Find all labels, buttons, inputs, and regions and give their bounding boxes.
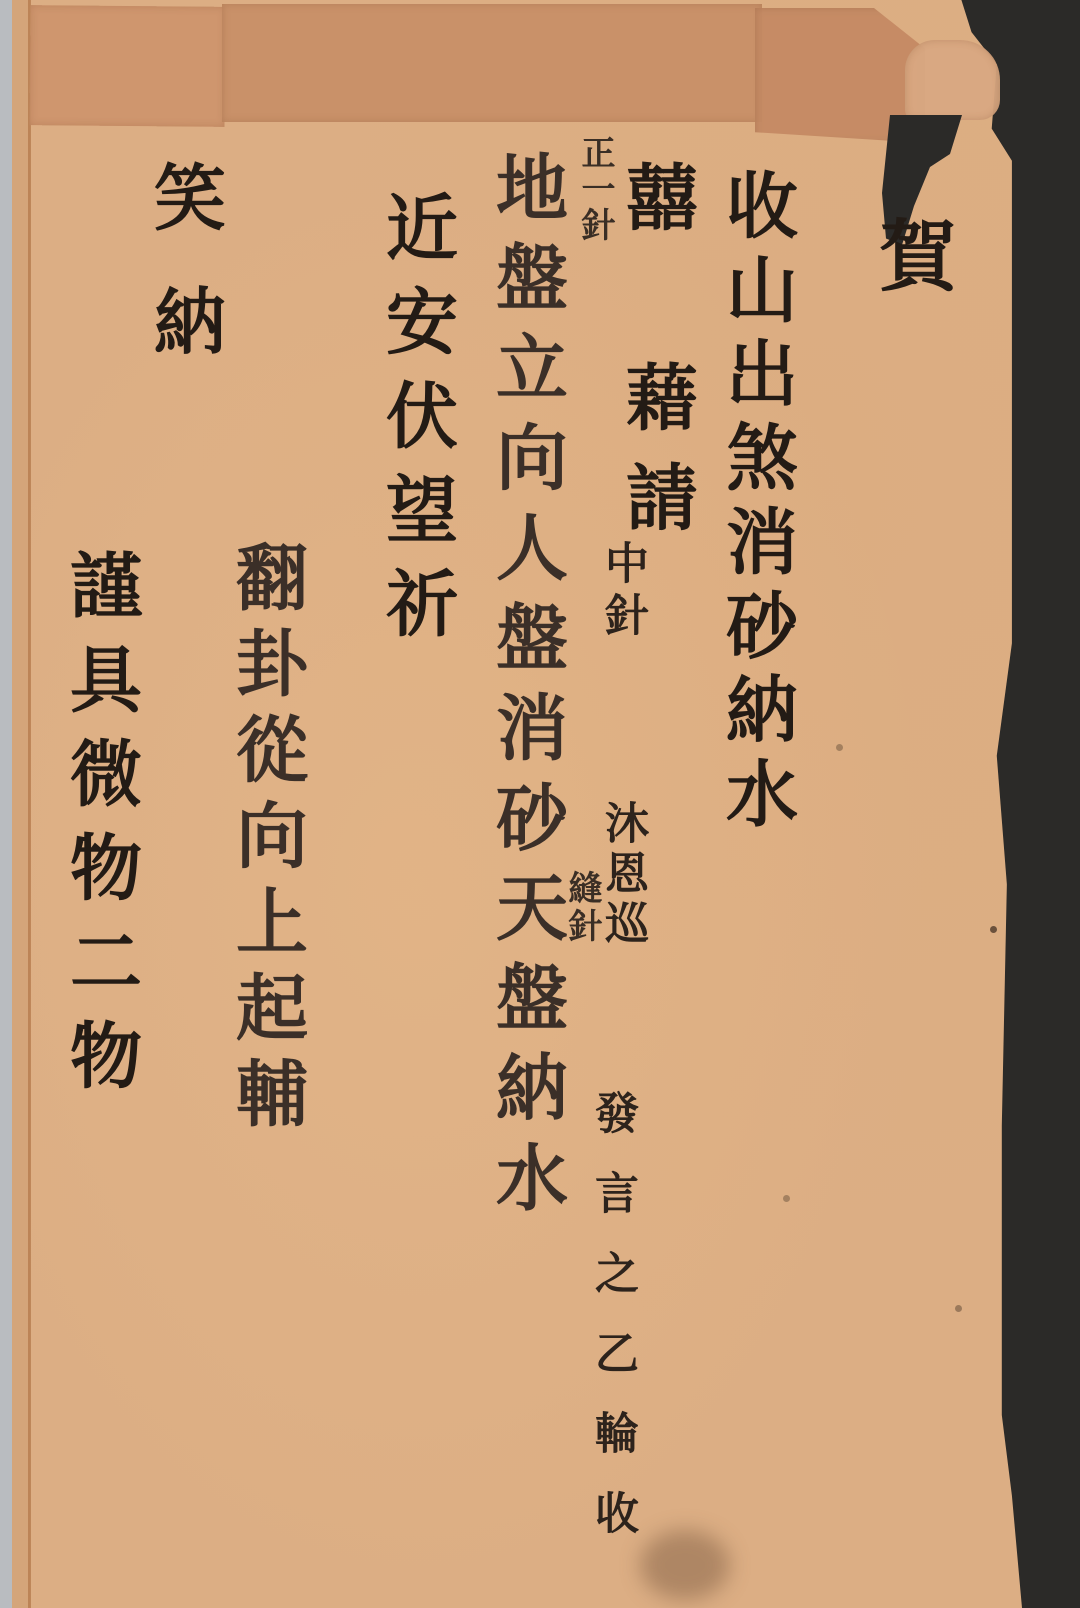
column-fangua-cong-xiang: 翻卦從向上起輔 [230, 540, 302, 1142]
repair-tape-left [29, 5, 225, 127]
annotation-feng-zhen: 縫針 [565, 870, 599, 946]
annotation-fa-yan-zhi-yi-lun: 發言之乙輪收 [590, 1090, 634, 1570]
paper-spot [783, 1195, 790, 1202]
column-jinan-fuwang-qi: 近安伏望祈 [380, 190, 452, 660]
column-xiaona: 笑納 [148, 160, 220, 408]
column-he-congratulations: 賀 [872, 215, 950, 299]
column-xi-jie-qing: 囍 藉請 [620, 160, 692, 560]
torn-corner-fragment [905, 40, 1000, 120]
column-shoushan-chusha: 收山出煞消砂納水 [720, 168, 792, 840]
annotation-zhong-zhen: 中針 [600, 540, 644, 644]
column-dipan-renpan-tianpan: 地盤立向人盤消砂天盤納水 [490, 150, 562, 1230]
scan-left-margin [0, 0, 12, 1608]
repair-tape-center [222, 4, 762, 122]
paper-spot [990, 926, 997, 933]
binding-fold-line [28, 0, 31, 1608]
annotation-zheng-yi-zhen: 正一針 [578, 135, 612, 243]
annotation-muen-xun: 沐恩巡 [600, 800, 644, 950]
paper-spot [836, 744, 843, 751]
column-jinju-weiwu: 謹具微物二物 [64, 548, 136, 1112]
ink-stain [640, 1530, 730, 1600]
paper-spot [955, 1305, 962, 1312]
